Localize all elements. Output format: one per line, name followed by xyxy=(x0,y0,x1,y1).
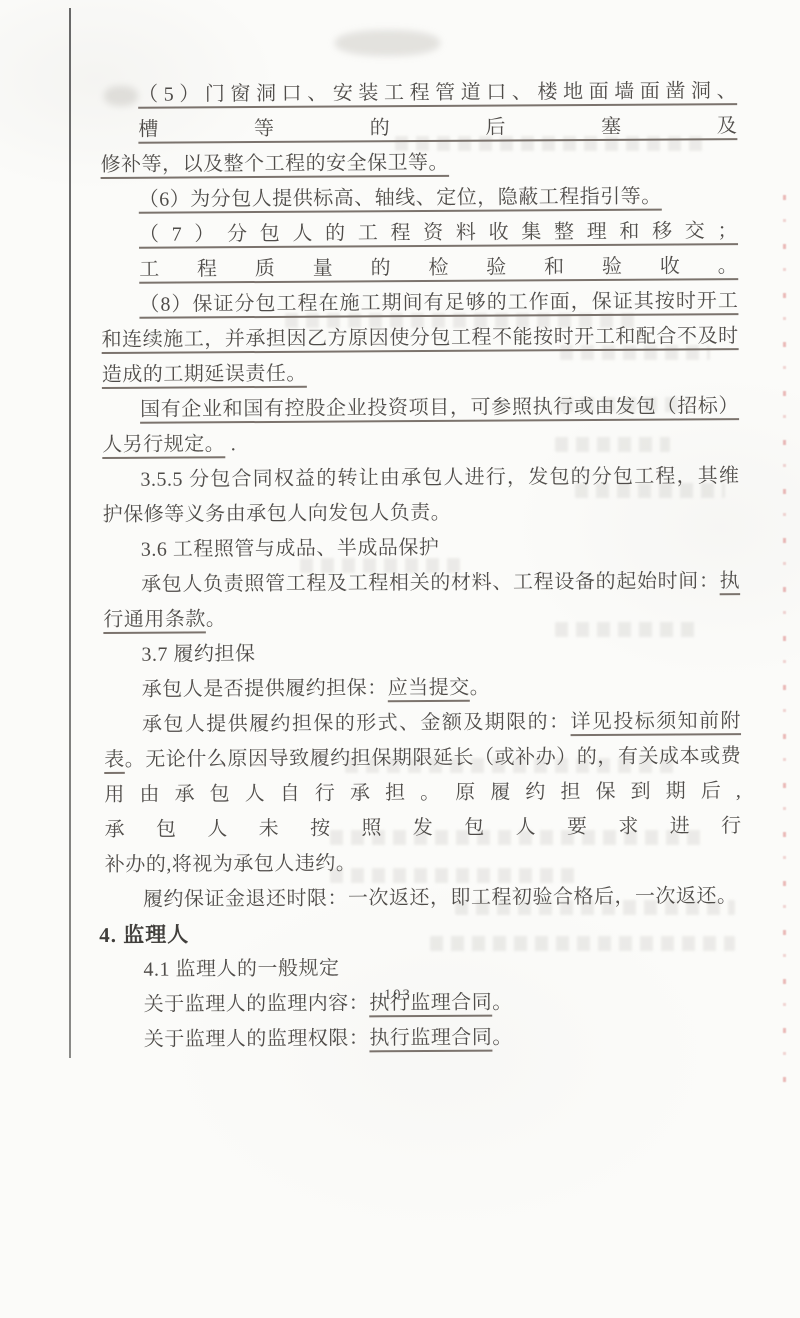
underlined-fill-in-text: 行通用条款 xyxy=(103,608,206,631)
underlined-fill-in-text: 表 xyxy=(104,749,125,771)
text-segment: 4. 监理人 xyxy=(99,922,189,947)
document-line: 补办的,将视为承包人违约。 xyxy=(105,844,742,883)
scanned-document-page: （5）门窗洞口、安装工程管道口、楼地面墙面凿洞、槽等的后塞及修补等，以及整个工程… xyxy=(0,0,800,1318)
underlined-fill-in-text: 国有企业和国有控股企业投资项目，可参照执行或由发包（招标） xyxy=(140,395,739,421)
underlined-fill-in-text: 修补等，以及整个工程的安全保卫等。 xyxy=(100,152,449,176)
document-line: 承包人提供履约担保的形式、金额及期限的：详见投标须知前附 xyxy=(104,704,741,743)
underlined-fill-in-text: 造成的工期延误责任。 xyxy=(102,363,307,386)
document-line: 关于监理人的监理权限：执行监理合同。 xyxy=(106,1019,743,1058)
document-line: 3.5.5 分包合同权益的转让由承包人进行，发包的分包工程，其维 xyxy=(102,459,739,498)
underlined-fill-in-text: 详见投标须知前附 xyxy=(570,710,741,733)
document-line: （5）门窗洞口、安装工程管道口、楼地面墙面凿洞、槽等的后塞及 xyxy=(100,74,737,148)
document-line: 修补等，以及整个工程的安全保卫等。 xyxy=(100,144,737,183)
underlined-fill-in-text: 应当提交 xyxy=(388,677,470,700)
section-heading: 4. 监理人 xyxy=(99,914,742,953)
document-line: 履约保证金退还时限：一次返还，即工程初验合格后，一次返还。 xyxy=(105,879,742,918)
text-segment: 。 xyxy=(492,991,513,1013)
document-line: 承包人负责照管工程及工程相关的材料、工程设备的起始时间：执 xyxy=(103,564,740,603)
underlined-fill-in-text: （6）为分包人提供标高、轴线、定位，隐蔽工程指引等。 xyxy=(139,186,662,211)
underlined-fill-in-text: （8）保证分包工程在施工期间有足够的工作面，保证其按时开工 xyxy=(139,290,738,316)
document-line: 关于监理人的监理内容：执行监理合同。 xyxy=(106,984,743,1023)
text-segment: 4.1 监理人的一般规定 xyxy=(143,958,339,981)
text-segment: 履约保证金退还时限：一次返还，即工程初验合格后，一次返还。 xyxy=(143,885,738,911)
text-segment: 承包人提供履约担保的形式、金额及期限的： xyxy=(142,711,571,736)
text-segment: 3.7 履约担保 xyxy=(141,643,255,666)
underlined-fill-in-text: 人另行规定。 xyxy=(102,433,225,456)
text-segment: 。无论什么原因导致履约担保期限延长（或补办）的，有关成本或费 xyxy=(125,745,742,771)
underlined-fill-in-text: 执 xyxy=(720,570,741,592)
underlined-fill-in-text: （5）门窗洞口、安装工程管道口、楼地面墙面凿洞、槽等的后塞及 xyxy=(138,80,737,141)
text-segment: . xyxy=(225,433,236,455)
text-segment: 补办的,将视为承包人违约。 xyxy=(105,852,357,876)
document-line: 4.1 监理人的一般规定 xyxy=(105,949,742,988)
text-segment: 。 xyxy=(492,1026,513,1048)
text-segment: 护保修等义务由承包人向发包人负责。 xyxy=(103,502,452,526)
document-line: 3.7 履约担保 xyxy=(103,634,740,673)
text-segment: 承包人是否提供履约担保： xyxy=(142,677,388,701)
document-line: 和连续施工，并承担因乙方原因使分包工程不能按时开工和配合不及时 xyxy=(101,319,738,358)
binding-edge-line xyxy=(69,8,71,1058)
document-line: 造成的工期延误责任。 xyxy=(102,354,739,393)
red-bleed-marks xyxy=(783,195,786,1090)
underlined-fill-in-text: 执行监理合同 xyxy=(369,1027,492,1050)
document-line: 国有企业和国有控股企业投资项目，可参照执行或由发包（招标） xyxy=(102,389,739,428)
document-line: 承包人是否提供履约担保：应当提交。 xyxy=(104,669,741,708)
document-line: 人另行规定。 . xyxy=(102,424,739,463)
document-line: 用由承包人自行承担。原履约担保到期后,承包人未按照发包人要求进行 xyxy=(104,774,741,848)
page-number: 103 xyxy=(384,987,412,1004)
text-segment: 3.5.5 分包合同权益的转让由承包人进行，发包的分包工程，其维 xyxy=(140,465,739,491)
text-segment: 关于监理人的监理权限： xyxy=(144,1027,370,1050)
text-segment: 用由承包人自行承担。原履约担保到期后,承包人未按照发包人要求进行 xyxy=(104,780,741,841)
underlined-fill-in-text: 和连续施工，并承担因乙方原因使分包工程不能按时开工和配合不及时 xyxy=(102,325,739,351)
bleed-through-artifact xyxy=(335,30,440,56)
document-line: （8）保证分包工程在施工期间有足够的工作面，保证其按时开工 xyxy=(101,284,738,323)
document-line: 3.6 工程照管与成品、半成品保护 xyxy=(103,529,740,568)
document-line: 表。无论什么原因导致履约担保期限延长（或补办）的，有关成本或费 xyxy=(104,739,741,778)
document-line: 行通用条款。 xyxy=(103,599,740,638)
text-segment: 。 xyxy=(206,608,227,630)
underlined-fill-in-text: （7）分包人的工程资料收集整理和移交；工程质量的检验和验收。 xyxy=(139,220,738,281)
document-line: （7）分包人的工程资料收集整理和移交；工程质量的检验和验收。 xyxy=(101,214,738,288)
text-segment: 关于监理人的监理内容： xyxy=(144,992,370,1015)
document-line: （6）为分包人提供标高、轴线、定位，隐蔽工程指引等。 xyxy=(101,179,738,218)
document-body: （5）门窗洞口、安装工程管道口、楼地面墙面凿洞、槽等的后塞及修补等，以及整个工程… xyxy=(100,74,743,1058)
text-segment: 承包人负责照管工程及工程相关的材料、工程设备的起始时间： xyxy=(141,570,720,596)
document-line: 护保修等义务由承包人向发包人负责。 xyxy=(103,494,740,533)
text-segment: 。 xyxy=(470,677,491,699)
text-segment: 3.6 工程照管与成品、半成品保护 xyxy=(141,537,440,561)
